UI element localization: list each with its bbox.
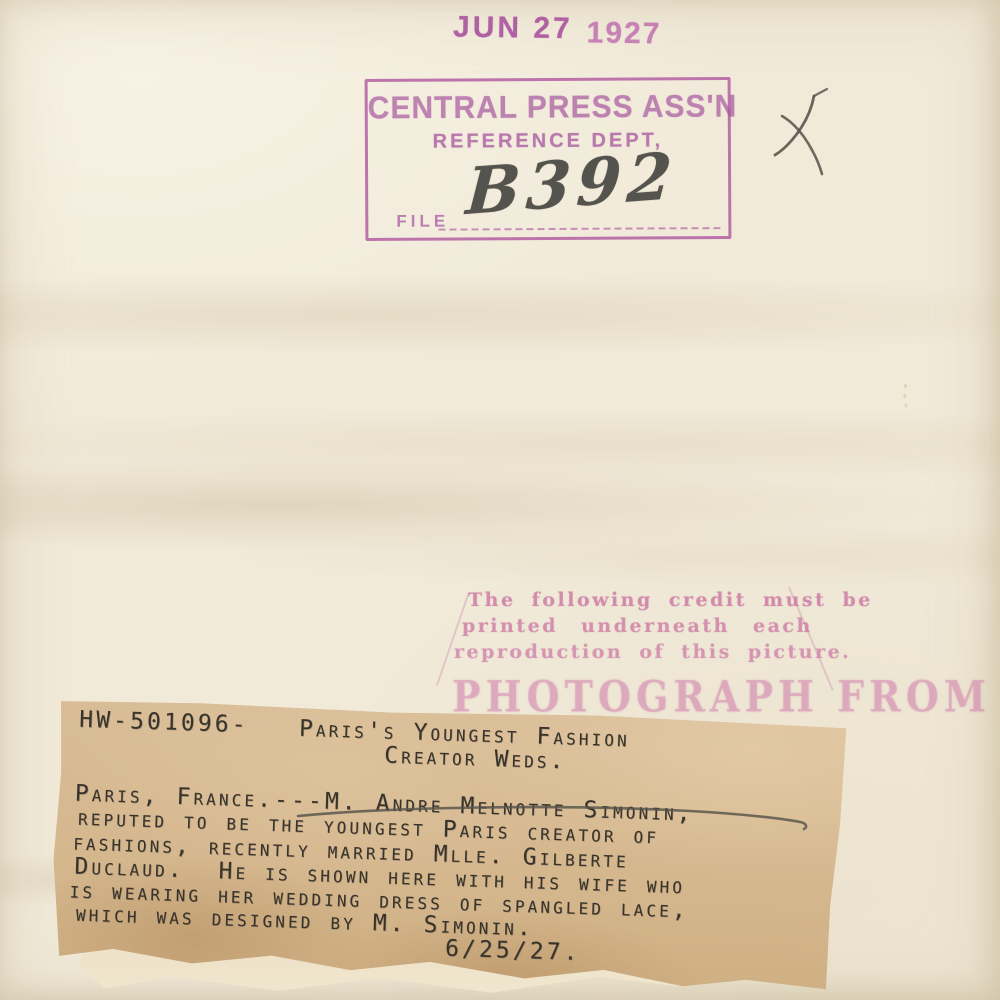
caption-date: 6/25/27. xyxy=(445,937,581,965)
handwritten-file-number: B392 xyxy=(464,139,680,230)
credit-stamp-line3: reproduction of this picture. xyxy=(454,641,851,663)
date-stamp: JUN 271927 xyxy=(453,11,662,48)
date-stamp-month-day: JUN 27 xyxy=(453,11,573,46)
credit-requirement-stamp: The following credit must be printed und… xyxy=(430,585,850,725)
central-press-reference-stamp: CENTRAL PRESS ASS'N REFERENCE DEPT, FILE… xyxy=(365,77,732,241)
credit-stamp-line2: printed underneath each xyxy=(462,615,813,637)
handwritten-x-mark xyxy=(762,82,852,182)
photo-verso: JUN 271927 CENTRAL PRESS ASS'N REFERENCE… xyxy=(0,0,1000,1000)
date-stamp-year: 1927 xyxy=(586,16,661,50)
credit-stamp-photograph-from: PHOTOGRAPH FROM xyxy=(452,671,991,721)
caption-title-line2: Creator Weds. xyxy=(384,744,567,774)
press-stamp-org: CENTRAL PRESS ASS'N xyxy=(368,89,728,127)
caption-label: HW-501096- Paris's Youngest Fashion Crea… xyxy=(49,697,849,992)
caption-reference-number: HW-501096- xyxy=(79,708,249,737)
credit-stamp-line1: The following credit must be xyxy=(468,589,873,611)
paper-stain xyxy=(902,382,909,408)
